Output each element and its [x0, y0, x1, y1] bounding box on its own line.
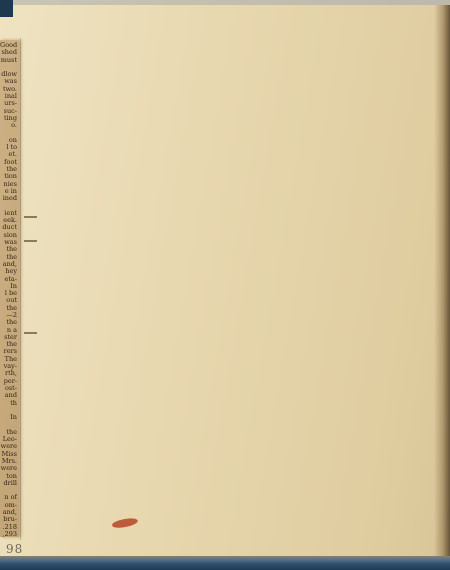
page-curl-edge: [434, 0, 450, 570]
book-cover-bottom: [0, 556, 450, 570]
left-margin-column: Goodshedmustdlowwastwo.inalurs-suc-tingo…: [0, 40, 19, 537]
book-cover-corner: [0, 0, 13, 17]
stitch-mark: [24, 216, 37, 218]
top-strip: [0, 0, 450, 5]
stitch-mark: [24, 240, 37, 242]
page-crease: [20, 38, 21, 540]
scrapbook-paper: [0, 5, 450, 556]
scrapbook-page: Goodshedmustdlowwastwo.inalurs-suc-tingo…: [0, 0, 450, 570]
stitch-mark: [24, 332, 37, 334]
page-number: 98: [6, 542, 23, 556]
